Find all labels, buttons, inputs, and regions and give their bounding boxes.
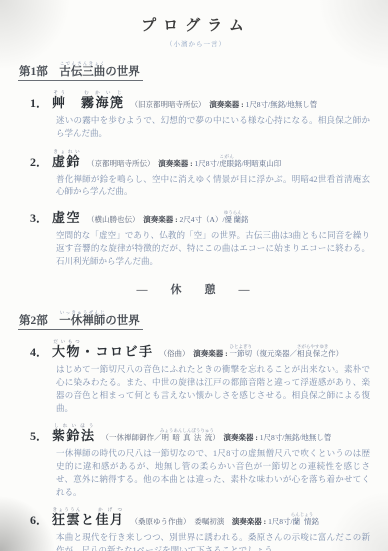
item-number: 3．: [30, 209, 48, 226]
item-number: 1．: [30, 94, 48, 111]
item-meta: （横山勝也伝） 演奏楽器 : 2尺4寸（A）/優蘭ゆうらん銘: [87, 210, 249, 226]
item-line: 2． 虚鈴きょれい （京都明暗寺所伝） 演奏楽器 : 1尺8寸/虎眼こがん銘/明…: [18, 149, 374, 170]
program-subtitle: （小濱から一言）: [18, 39, 374, 48]
section-heading: 第2部 一休禅師いっきゅうぜんじの世界: [18, 310, 374, 330]
program-item: 4． 大物だいもつ・コロビ手 （俗曲） 演奏楽器 : 一節切ひとよぎり（復元楽器…: [18, 339, 374, 414]
item-line: 3． 虚空 （横山勝也伝） 演奏楽器 : 2尺4寸（A）/優蘭ゆうらん銘: [18, 207, 374, 226]
item-line: 5． 紫鈴法しれいほう （一休禅師御作／明暗真法流みょうあんしんぽうりゅう） 演…: [18, 423, 374, 444]
item-title: 紫鈴法しれいほう: [52, 423, 96, 444]
program-title: プログラム: [18, 14, 374, 35]
section-items: 1． 艸そう 霧海箎むかいじ （旧京都明暗寺所伝） 演奏楽器 : 1尺8寸/無銘…: [18, 90, 374, 267]
section-part2: 第2部 一休禅師いっきゅうぜんじの世界 4． 大物だいもつ・コロビ手 （俗曲） …: [18, 310, 374, 551]
section-heading: 第1部 古伝三曲こでんさんきょくの世界: [18, 61, 374, 81]
item-description: 迷いの霧中を歩むようで、幻想的で夢の中にいる様な心持になる。相良保之師から学んだ…: [56, 114, 370, 140]
section-heading-text: 第1部 古伝三曲こでんさんきょくの世界: [18, 61, 143, 81]
section-part1: 第1部 古伝三曲こでんさんきょくの世界 1． 艸そう 霧海箎むかいじ （旧京都明…: [18, 61, 374, 267]
item-title: 虚鈴きょれい: [52, 149, 81, 170]
item-meta: （京都明暗寺所伝） 演奏楽器 : 1尺8寸/虎眼こがん銘/明暗東山印: [87, 154, 281, 170]
item-number: 4．: [30, 343, 48, 360]
item-title: 大物だいもつ・コロビ手: [52, 339, 154, 360]
item-line: 1． 艸そう 霧海箎むかいじ （旧京都明暗寺所伝） 演奏楽器 : 1尺8寸/無銘…: [18, 90, 374, 111]
item-meta: （桑原ゆう作曲） 委嘱初演 演奏楽器 : 1尺8寸/蘭情らんじょう銘: [131, 512, 319, 528]
item-number: 5．: [30, 427, 48, 444]
program-item: 6． 狂雲きょううんと佳月かげつ （桑原ゆう作曲） 委嘱初演 演奏楽器 : 1尺…: [18, 507, 374, 551]
program-item: 5． 紫鈴法しれいほう （一休禅師御作／明暗真法流みょうあんしんぽうりゅう） 演…: [18, 423, 374, 498]
document-page: プログラム （小濱から一言） 第1部 古伝三曲こでんさんきょくの世界 1． 艸そ…: [0, 0, 388, 551]
item-title: 艸そう 霧海箎むかいじ: [52, 90, 125, 111]
program-item: 3． 虚空 （横山勝也伝） 演奏楽器 : 2尺4寸（A）/優蘭ゆうらん銘 空間的…: [18, 207, 374, 267]
item-title: 虚空: [52, 207, 81, 226]
intermission-label: ― 休 憩 ―: [18, 281, 374, 297]
item-line: 6． 狂雲きょううんと佳月かげつ （桑原ゆう作曲） 委嘱初演 演奏楽器 : 1尺…: [18, 507, 374, 528]
item-number: 2．: [30, 153, 48, 170]
program-item: 2． 虚鈴きょれい （京都明暗寺所伝） 演奏楽器 : 1尺8寸/虎眼こがん銘/明…: [18, 149, 374, 199]
item-line: 4． 大物だいもつ・コロビ手 （俗曲） 演奏楽器 : 一節切ひとよぎり（復元楽器…: [18, 339, 374, 360]
item-description: 空間的な「虚空」であり、仏教的「空」の世界。古伝三曲は3曲ともに同音を繰り返す音…: [56, 229, 370, 267]
item-title: 狂雲きょううんと佳月かげつ: [52, 507, 125, 528]
item-number: 6．: [30, 511, 48, 528]
section-items: 4． 大物だいもつ・コロビ手 （俗曲） 演奏楽器 : 一節切ひとよぎり（復元楽器…: [18, 339, 374, 551]
item-meta: （旧京都明暗寺所伝） 演奏楽器 : 1尺8寸/無銘/地無し管: [131, 99, 318, 111]
program-item: 1． 艸そう 霧海箎むかいじ （旧京都明暗寺所伝） 演奏楽器 : 1尺8寸/無銘…: [18, 90, 374, 140]
item-description: 普化禅師が鈴を鳴らし、空中に消えゆく情景が目に浮かぶ。明暗42世看首清庵玄心師か…: [56, 173, 370, 199]
item-description: はじめて一節切尺八の音色にふれたときの衝撃を忘れることが出来ない。素朴で心に染み…: [56, 363, 370, 414]
item-meta: （一休禅師御作／明暗真法流みょうあんしんぽうりゅう） 演奏楽器 : 1尺8寸/無…: [102, 428, 332, 444]
item-description: 本曲と現代を行き来しつつ、別世界に誘われる。桑原さんの示唆に富んだこの新作が、尺…: [56, 531, 370, 551]
item-description: 一休禅師の時代の尺八は一節切なので、1尺8寸の虚無僧尺八で吹くというのは歴史的に…: [56, 447, 370, 498]
section-heading-text: 第2部 一休禅師いっきゅうぜんじの世界: [18, 310, 143, 330]
item-meta: （俗曲） 演奏楽器 : 一節切ひとよぎり（復元楽器／相良保之さがらやすゆき作）: [160, 344, 344, 360]
